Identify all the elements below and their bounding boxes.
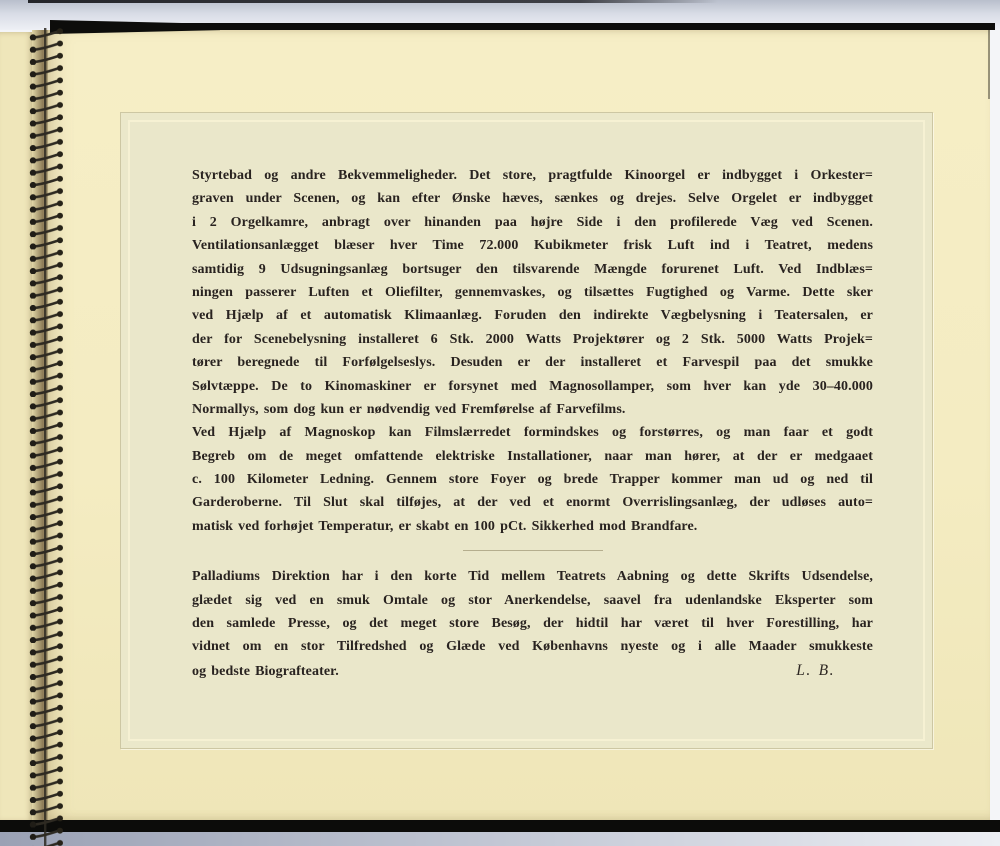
text-line: i 2 Orgelkamre, anbragt over hinanden pa… [192,211,873,234]
text-line: Styrtebad og andre Bekvemmeligheder. Det… [192,164,873,187]
text-line: Palladiums Direktion har i den korte Tid… [192,565,873,588]
text-line: matisk ved forhøjet Temperatur, er skabt… [192,515,873,538]
text-line: Begreb om de meget omfattende elektriske… [192,445,873,468]
page-edge-shadow [988,29,990,99]
text-line: Normallys, som dog kun er nødvendig ved … [192,398,873,421]
text-line: ved Hjælp af et automatisk Klimaanlæg. F… [192,304,873,327]
text-line: der for Scenebelysning installeret 6 Stk… [192,328,873,351]
closing-line: og bedste Biografteater. L. B. [192,659,873,682]
spiral-coils [12,28,74,846]
closing-text: og bedste Biografteater. [192,660,339,683]
scanned-booklet-page: Styrtebad og andre Bekvemmeligheder. Det… [0,0,1000,846]
book-cover-edge-bottom [0,820,1000,832]
text-line: den samlede Presse, og det meget store B… [192,612,873,635]
text-line: Sølvtæppe. De to Kinomaskiner er forsyne… [192,375,873,398]
text-line: glædet sig ved en smuk Omtale og stor An… [192,589,873,612]
scanner-background-bottom [0,832,1000,846]
text-line: Garderoberne. Til Slut skal tilføjes, at… [192,491,873,514]
spiral-binding [12,28,74,846]
body-text: Styrtebad og andre Bekvemmeligheder. Det… [192,164,873,682]
text-line: tører beregnede til Forfølgelseslys. Des… [192,351,873,374]
text-line: vidnet om en stor Tilfredshed og Glæde v… [192,635,873,658]
text-line: samtidig 9 Udsugningsanlæg bortsuger den… [192,258,873,281]
scan-edge-artifact [28,0,718,3]
text-line: Ved Hjælp af Magnoskop kan Filmslærredet… [192,421,873,444]
author-initials: L. B. [796,659,873,682]
booklet-page: Styrtebad og andre Bekvemmeligheder. Det… [48,30,990,822]
section-divider-rule [463,550,603,551]
text-line: graven under Scenen, og kan efter Ønske … [192,187,873,210]
text-line: Ventilationsanlægget blæser hver Time 72… [192,234,873,257]
text-line: ningen passerer Luften et Oliefilter, ge… [192,281,873,304]
text-line: c. 100 Kilometer Ledning. Gennem store F… [192,468,873,491]
